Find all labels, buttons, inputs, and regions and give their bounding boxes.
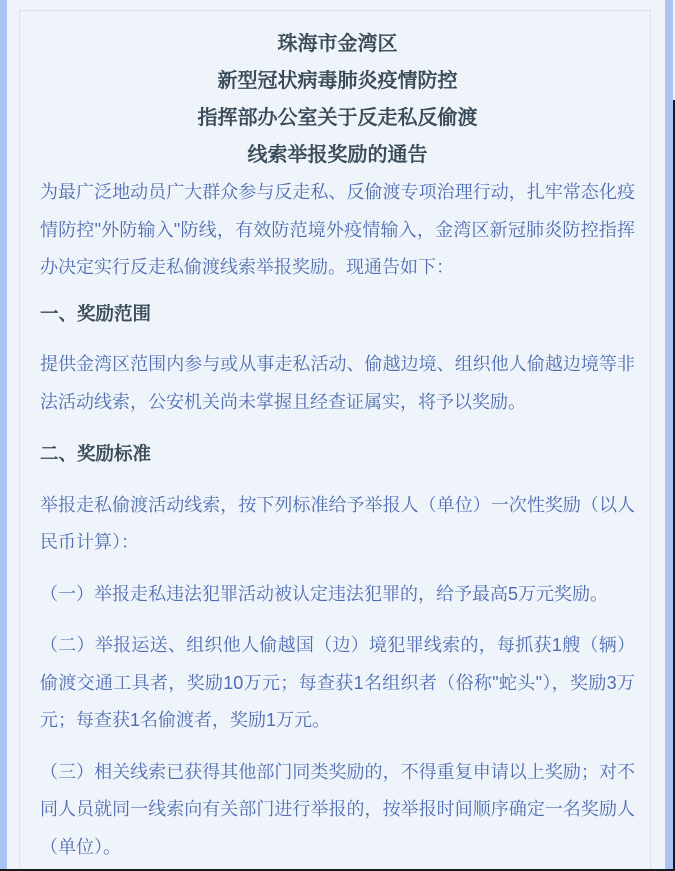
section-heading-reward-scope: 一、奖励范围	[40, 295, 635, 333]
reward-item-1-paragraph: （一）举报走私违法犯罪活动被认定违法犯罪的，给予最高5万元奖励。	[40, 576, 635, 614]
notice-article-page: 珠海市金湾区 新型冠状病毒肺炎疫情防控 指挥部办公室关于反走私反偷渡 线索举报奖…	[0, 0, 675, 871]
reward-item-3-paragraph: （三）相关线索已获得其他部门同类奖励的，不得重复申请以上奖励；对不同人员就同一线…	[40, 754, 635, 867]
section-heading-reward-standard: 二、奖励标准	[40, 435, 635, 473]
document-title: 珠海市金湾区 新型冠状病毒肺炎疫情防控 指挥部办公室关于反走私反偷渡 线索举报奖…	[40, 26, 635, 174]
reward-scope-paragraph: 提供金湾区范围内参与或从事走私活动、偷越边境、组织他人偷越边境等非法活动线索，公…	[40, 346, 635, 421]
document-title-line-2: 新型冠状病毒肺炎疫情防控	[40, 63, 635, 100]
document-title-line-3: 指挥部办公室关于反走私反偷渡	[40, 100, 635, 137]
right-border-stripe	[665, 0, 673, 869]
left-border-stripe	[0, 0, 7, 869]
reward-standard-intro-paragraph: 举报走私偷渡活动线索，按下列标准给予举报人（单位）一次性奖励（以人民币计算）：	[40, 487, 635, 562]
notice-document: 珠海市金湾区 新型冠状病毒肺炎疫情防控 指挥部办公室关于反走私反偷渡 线索举报奖…	[40, 0, 635, 866]
reward-item-2-paragraph: （二）举报运送、组织他人偷越国（边）境犯罪线索的，每抓获1艘（辆）偷渡交通工具者…	[40, 627, 635, 740]
document-title-line-4: 线索举报奖励的通告	[40, 137, 635, 174]
intro-paragraph: 为最广泛地动员广大群众参与反走私、反偷渡专项治理行动，扎牢常态化疫情防控"外防输…	[40, 174, 635, 287]
document-title-line-1: 珠海市金湾区	[40, 26, 635, 63]
